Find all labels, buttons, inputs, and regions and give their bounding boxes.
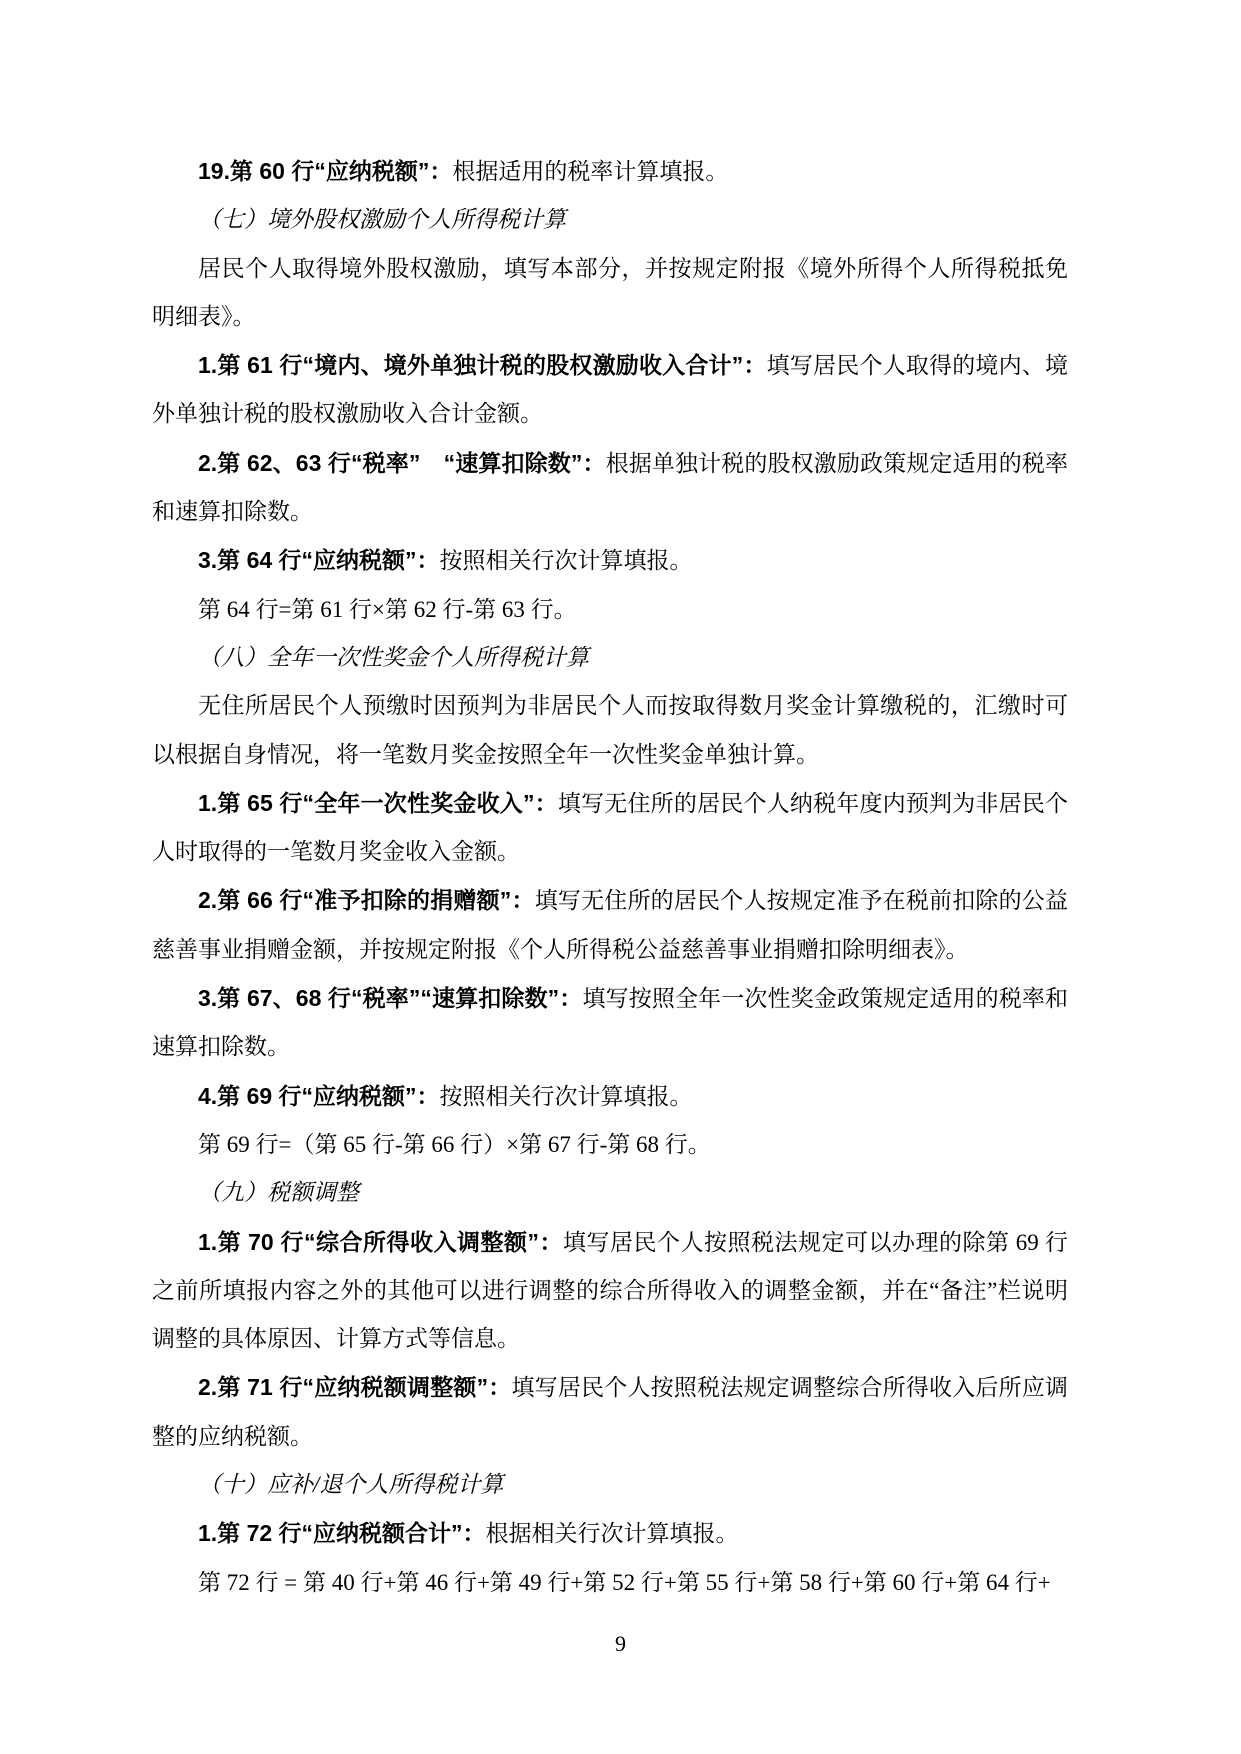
page-number: 9	[0, 1630, 1241, 1658]
section-heading-8: （八）全年一次性奖金个人所得税计算	[152, 634, 1068, 682]
paragraph-text: 根据适用的税率计算填报。	[452, 159, 728, 184]
paragraph-4-line69: 4.第 69 行“应纳税额”：按照相关行次计算填报。	[152, 1072, 1068, 1121]
paragraph-lead: 3.第 67、68 行“税率”“速算扣除数”：	[198, 985, 582, 1011]
paragraph-lead: 2.第 66 行“准予扣除的捐赠额”：	[198, 887, 535, 913]
section-heading-text: （八）全年一次性奖金个人所得税计算	[198, 645, 589, 670]
section-heading-text: （七）境外股权激励个人所得税计算	[198, 207, 566, 232]
paragraph-lead: 2.第 62、63 行“税率” “速算扣除数”：	[198, 450, 606, 476]
paragraph-2-line62-63: 2.第 62、63 行“税率” “速算扣除数”：根据单独计税的股权激励政策规定适…	[152, 439, 1068, 537]
paragraph-lead: 3.第 64 行“应纳税额”：	[198, 547, 440, 573]
paragraph-lead: 1.第 72 行“应纳税额合计”：	[198, 1520, 486, 1546]
paragraph-text: 按照相关行次计算填报。	[440, 1084, 693, 1109]
paragraph-body: 居民个人取得境外股权激励，填写本部分，并按规定附报《境外所得个人所得税抵免明细表…	[152, 245, 1068, 342]
document-page: 19.第 60 行“应纳税额”：根据适用的税率计算填报。 （七）境外股权激励个人…	[0, 0, 1241, 1754]
formula-line69: 第 69 行=（第 65 行-第 66 行）×第 67 行-第 68 行。	[152, 1121, 1068, 1169]
paragraph-text: 无住所居民个人预缴时因预判为非居民个人而按取得数月奖金计算缴税的，汇缴时可以根据…	[152, 693, 1068, 766]
paragraph-text: 根据相关行次计算填报。	[486, 1521, 739, 1546]
paragraph-lead: 1.第 65 行“全年一次性奖金收入”：	[198, 790, 558, 816]
section-heading-9: （九）税额调整	[152, 1169, 1068, 1217]
paragraph-1-line70: 1.第 70 行“综合所得收入调整额”：填写居民个人按照税法规定可以办理的除第 …	[152, 1218, 1068, 1364]
paragraph-1-line72: 1.第 72 行“应纳税额合计”：根据相关行次计算填报。	[152, 1509, 1068, 1558]
paragraph-1-line61: 1.第 61 行“境内、境外单独计税的股权激励收入合计”：填写居民个人取得的境内…	[152, 341, 1068, 439]
paragraph-3-line67-68: 3.第 67、68 行“税率”“速算扣除数”：填写按照全年一次性奖金政策规定适用…	[152, 974, 1068, 1072]
formula-line72: 第 72 行 = 第 40 行+第 46 行+第 49 行+第 52 行+第 5…	[152, 1559, 1068, 1607]
section-heading-7: （七）境外股权激励个人所得税计算	[152, 196, 1068, 244]
paragraph-lead: 4.第 69 行“应纳税额”：	[198, 1083, 440, 1109]
paragraph-3-line64: 3.第 64 行“应纳税额”：按照相关行次计算填报。	[152, 536, 1068, 585]
paragraph-2-line66: 2.第 66 行“准予扣除的捐赠额”：填写无住所的居民个人按规定准予在税前扣除的…	[152, 876, 1068, 974]
section-heading-text: （十）应补/退个人所得税计算	[198, 1472, 503, 1497]
formula-text: 第 64 行=第 61 行×第 62 行-第 63 行。	[198, 597, 577, 622]
paragraph-lead: 1.第 61 行“境内、境外单独计税的股权激励收入合计”：	[198, 352, 767, 378]
paragraph-lead: 1.第 70 行“综合所得收入调整额”：	[198, 1229, 563, 1255]
formula-line64: 第 64 行=第 61 行×第 62 行-第 63 行。	[152, 586, 1068, 634]
paragraph-text: 居民个人取得境外股权激励，填写本部分，并按规定附报《境外所得个人所得税抵免明细表…	[152, 256, 1068, 329]
paragraph-19-line60: 19.第 60 行“应纳税额”：根据适用的税率计算填报。	[152, 147, 1068, 196]
paragraph-lead: 2.第 71 行“应纳税额调整额”：	[198, 1374, 512, 1400]
paragraph-text: 按照相关行次计算填报。	[440, 548, 693, 573]
section-heading-10: （十）应补/退个人所得税计算	[152, 1461, 1068, 1509]
formula-text: 第 69 行=（第 65 行-第 66 行）×第 67 行-第 68 行。	[198, 1132, 711, 1157]
formula-text: 第 72 行 = 第 40 行+第 46 行+第 49 行+第 52 行+第 5…	[198, 1570, 1051, 1595]
document-body: 19.第 60 行“应纳税额”：根据适用的税率计算填报。 （七）境外股权激励个人…	[152, 147, 1068, 1607]
paragraph-2-line71: 2.第 71 行“应纳税额调整额”：填写居民个人按照税法规定调整综合所得收入后所…	[152, 1363, 1068, 1461]
section-heading-text: （九）税额调整	[198, 1180, 359, 1205]
paragraph-1-line65: 1.第 65 行“全年一次性奖金收入”：填写无住所的居民个人纳税年度内预判为非居…	[152, 779, 1068, 877]
paragraph-lead: 19.第 60 行“应纳税额”：	[198, 158, 452, 184]
paragraph-body: 无住所居民个人预缴时因预判为非居民个人而按取得数月奖金计算缴税的，汇缴时可以根据…	[152, 682, 1068, 779]
